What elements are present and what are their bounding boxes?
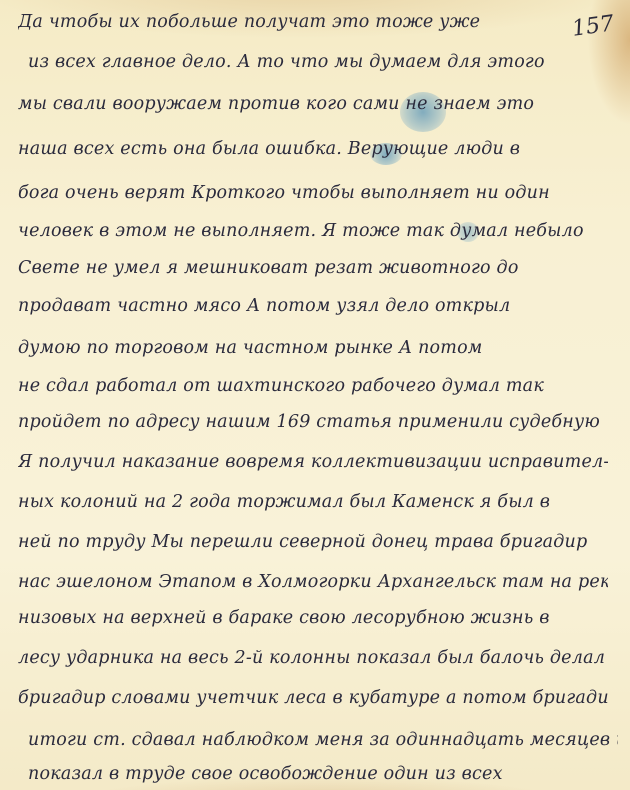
- text-line: Свете не умел я мешниковат резат животно…: [18, 256, 608, 280]
- text-line: ных колоний на 2 года торжимал был Камен…: [18, 490, 608, 514]
- text-line: думою по торговом на частном рынке А пот…: [18, 336, 608, 360]
- text-line: из всех главное дело. А то что мы думаем…: [28, 50, 618, 74]
- text-line: Да чтобы их побольше получат это тоже уж…: [18, 10, 608, 34]
- manuscript-page: 157 Да чтобы их побольше получат это тож…: [0, 0, 630, 790]
- text-line: лесу ударника на весь 2-й колонны показа…: [18, 646, 608, 670]
- text-line: нас эшелоном Этапом в Холмогорки Арханге…: [18, 570, 608, 594]
- text-line: ней по труду Мы перешли северной донец т…: [18, 530, 608, 554]
- text-line: человек в этом не выполняет. Я тоже так …: [18, 219, 608, 243]
- text-line: итоги ст. сдавал наблюдком меня за одинн…: [28, 728, 618, 752]
- text-line: показал в труде свое освобождение один и…: [28, 762, 618, 786]
- text-line: не сдал работал от шахтинского рабочего …: [18, 374, 608, 398]
- text-line: мы свали вооружаем против кого сами не з…: [18, 92, 608, 116]
- text-line: бога очень верят Кроткого чтобы выполняе…: [18, 181, 608, 205]
- text-line: наша всех есть она была ошибка. Верующие…: [18, 137, 608, 161]
- text-line: пройдет по адресу нашим 169 статья приме…: [18, 410, 608, 434]
- text-line: бригадир словами учетчик леса в кубатуре…: [18, 686, 608, 710]
- text-line: низовых на верхней в бараке свою лесоруб…: [18, 606, 608, 630]
- text-line: Я получил наказание вовремя коллективиза…: [18, 450, 608, 474]
- text-line: продават частно мясо А потом узял дело о…: [18, 294, 608, 318]
